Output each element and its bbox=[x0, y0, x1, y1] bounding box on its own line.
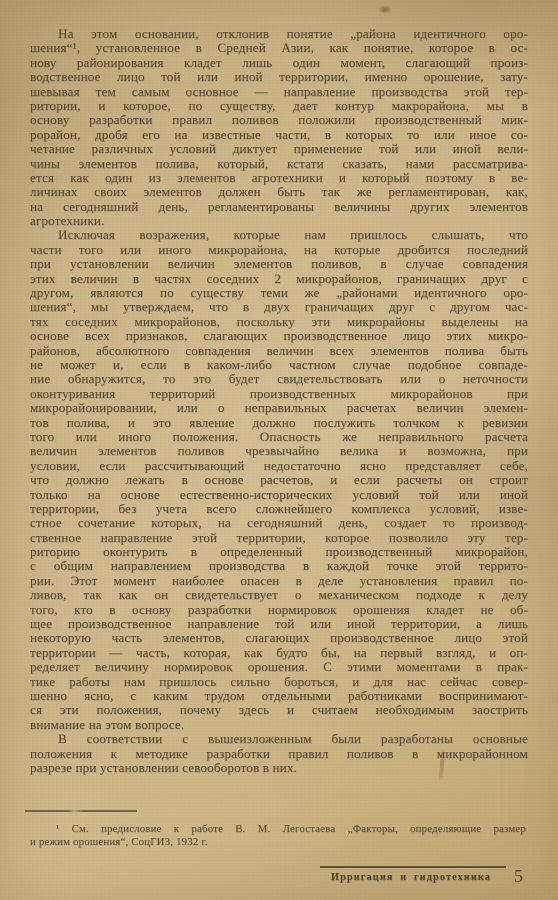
text-line: агротехники. bbox=[30, 214, 528, 228]
text-line: разрезе при установлении севооборотов в … bbox=[30, 761, 528, 775]
text-line: того, кто в основу разработки нормировок… bbox=[30, 603, 528, 617]
text-line: только на основе естественно-исторически… bbox=[30, 488, 528, 502]
text-line: на сегодняшний день, регламентированы ве… bbox=[30, 200, 528, 214]
text-line: части того или иного микрорайона, на кот… bbox=[30, 243, 528, 257]
text-line: при установлении величин элементов полив… bbox=[30, 257, 528, 271]
text-line: шения“¹, установленное в Средней Азии, к… bbox=[30, 41, 528, 55]
text-line: четание различных условий диктует примен… bbox=[30, 142, 528, 156]
text-line: микрорайонировании, или о неправильных р… bbox=[30, 401, 528, 415]
text-line: основу разработки правил поливов положил… bbox=[30, 113, 528, 127]
text-line: территории, без учета всего сложнейшего … bbox=[30, 502, 528, 516]
text-line: тов полива, и это явление должно послужи… bbox=[30, 416, 528, 430]
text-line: внимание на этом вопросе. bbox=[30, 718, 528, 732]
text-line: территории — часть, которая, как будто б… bbox=[30, 646, 528, 660]
text-line: рии. Этот момент наиболее опасен в деле … bbox=[30, 574, 528, 588]
text-line: личинах своих элементов должен быть так … bbox=[30, 185, 528, 199]
text-line: Исключая возражения, которые нам пришлос… bbox=[30, 228, 528, 242]
text-line: В соответствии с вышеизложенным были раз… bbox=[30, 732, 528, 746]
text-line: основе всех признаков, слагающих произво… bbox=[30, 329, 528, 343]
footer-rule bbox=[320, 866, 506, 868]
text-line: этих величин в частях соседних 2 микрора… bbox=[30, 272, 528, 286]
text-line: ся эти положения, почему здесь и считаем… bbox=[30, 703, 528, 717]
footnote-separator bbox=[25, 810, 137, 812]
text-line: с общим направлением производства в кажд… bbox=[30, 559, 528, 573]
text-line: рорайон, дробя его на известные части, в… bbox=[30, 128, 528, 142]
text-line: некоторую часть элементов, слагающих про… bbox=[30, 631, 528, 645]
text-line: того или иного положения. Опасность же н… bbox=[30, 430, 528, 444]
text-line: ется как один из элементов агротехники и… bbox=[30, 171, 528, 185]
text-line: ритории, и которое, по существу, дает ко… bbox=[30, 99, 528, 113]
text-line: водственное лицо той или иной территории… bbox=[30, 70, 528, 84]
text-line: щее производственное направление той или… bbox=[30, 617, 528, 631]
text-line: тях соседних микрорайонов, поскольку эти… bbox=[30, 315, 528, 329]
text-line: ние обнаружится, то это будет свидетельс… bbox=[30, 372, 528, 386]
footnote: ¹ См. предисловие к работе В. М. Легоста… bbox=[30, 823, 526, 848]
text-line: другом, являются по существу теми же „ра… bbox=[30, 286, 528, 300]
scanned-book-page: На этом основании, отклонив понятие „рай… bbox=[0, 0, 558, 900]
text-line: На этом основании, отклонив понятие „рай… bbox=[30, 27, 528, 41]
text-line: тике работы нам пришлось сильно бороться… bbox=[30, 675, 528, 689]
text-line: нову районирования кладет лишь один моме… bbox=[30, 56, 528, 70]
page-number: 5 bbox=[514, 866, 523, 887]
text-line: ливов, так как он свидетельствует о меха… bbox=[30, 588, 528, 602]
text-line: шенно ясно, с каким трудом отдельными ра… bbox=[30, 689, 528, 703]
paper-stain bbox=[378, 5, 392, 14]
text-line: оконтуривания территорий производственны… bbox=[30, 387, 528, 401]
text-line: условии, если рассчитывающий недостаточн… bbox=[30, 459, 528, 473]
text-line: шения“, мы утверждаем, что в двух гранич… bbox=[30, 300, 528, 314]
journal-title: Ирригация и гидротехника bbox=[316, 872, 506, 883]
text-line: риторию оконтурить в определенный произв… bbox=[30, 545, 528, 559]
text-line: чины элементов полива, который, кстати с… bbox=[30, 157, 528, 171]
text-line: стное сочетание которых, на сегодняшний … bbox=[30, 516, 528, 530]
text-line: шевывая тем самым основное — направление… bbox=[30, 85, 528, 99]
text-line: ределяет величину нормировок орошения. С… bbox=[30, 660, 528, 674]
text-line: не может и, если в каком-либо частном сл… bbox=[30, 358, 528, 372]
text-line: и режим орошения“, СоцГИЗ, 1932 г. bbox=[30, 836, 526, 849]
text-line: ственное направление этой территории, ко… bbox=[30, 531, 528, 545]
text-line: ¹ См. предисловие к работе В. М. Легоста… bbox=[30, 823, 526, 836]
text-line: районов, абсолютного совпадения величин … bbox=[30, 344, 528, 358]
text-line: величин элементов поливов чрезвычайно ве… bbox=[30, 444, 528, 458]
text-line: что должно лежать в основе расчетов, и е… bbox=[30, 473, 528, 487]
text-line: положения к методике разработки правил п… bbox=[30, 747, 528, 761]
body-text: На этом основании, отклонив понятие „рай… bbox=[30, 27, 528, 775]
